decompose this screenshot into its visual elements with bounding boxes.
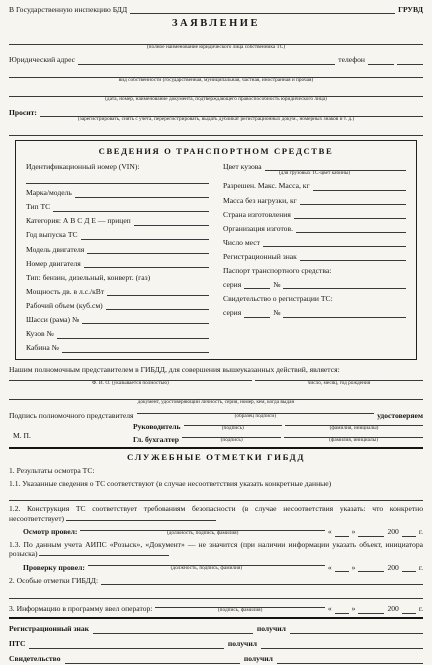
item-3-row: 3. Информацию в программу ввел оператор:… <box>9 604 423 613</box>
max-mass-fill <box>313 183 406 191</box>
vehicle-box-title: СВЕДЕНИЯ О ТРАНСПОРТНОМ СРЕДСТВЕ <box>26 146 406 157</box>
reg-plate-receipt-fill-1 <box>93 626 253 634</box>
head-sign-caption: (подпись) <box>184 426 283 432</box>
request-caption: (зарегистрировать, снять с учета, перере… <box>9 117 423 123</box>
engine-number-label: Номер двигателя <box>26 259 81 268</box>
item-1-2: 1.2. Конструкция ТС соответствует требов… <box>9 504 423 523</box>
address-label: Юридический адрес <box>9 55 75 64</box>
check-role-caption: (должность, подпись, фамилия) <box>88 566 325 572</box>
ownership-caption: вид собственности (государственная, муни… <box>9 78 423 84</box>
engine-number-row: Номер двигателя <box>26 259 209 268</box>
passport-series-fill <box>244 281 270 289</box>
item-3-date-open-quote: « <box>328 604 332 613</box>
fio-fillwrap: Ф. И. О. (указывается полностью) <box>9 380 252 387</box>
fuel-type-row: Тип: бензин, дизельный, конверт. (газ) <box>26 273 209 282</box>
item-1-3: 1.3. По данным учета АИПС «Розыск», «Док… <box>9 540 423 559</box>
stamp-place-label: М. П. <box>13 431 133 440</box>
recipient-fill-line <box>130 6 395 14</box>
certify-label: удостоверяем <box>377 411 423 420</box>
pts-receipt-label: ПТС <box>9 639 25 648</box>
cert-row: Свидетельство о регистрации ТС: <box>223 294 406 303</box>
fio-birth-row: Ф. И. О. (указывается полностью) число, … <box>9 380 423 387</box>
item-1-1: 1.1. Указанные сведения о ТС соответству… <box>9 479 423 488</box>
accountant-name-fillwrap: (фамилия, инициалы) <box>284 437 423 444</box>
cert-number-label: № <box>273 308 280 317</box>
check-date-month-fill <box>358 564 384 572</box>
legal-doc-caption: (дата, номер, наименование документа, по… <box>9 97 423 103</box>
check-date-year: 200 <box>387 563 398 572</box>
application-form-page: В Государственную инспекцию БДД ГРУВД ЗА… <box>0 0 432 665</box>
item-1: 1. Результаты осмотра ТС: <box>9 466 423 475</box>
owner-caption: (полное наименование юридического лица с… <box>9 45 423 51</box>
section-divider-bottom <box>9 617 423 619</box>
item-3-label: 3. Информацию в программу ввел оператор: <box>9 604 152 613</box>
check-date-day-fill <box>335 564 349 572</box>
cab-number-row: Кабина № <box>26 343 209 352</box>
birth-caption: число, месяц, год рождения <box>255 381 423 387</box>
item-2-fill <box>101 577 423 585</box>
signature-fillwrap: (образец подписи) <box>137 413 375 420</box>
inspect-row: Осмотр провел: (должность, подпись, фами… <box>23 527 423 536</box>
inspect-date-close-quote: » <box>352 527 356 536</box>
passport-number-label: № <box>273 280 280 289</box>
item-1-1-fill <box>9 493 423 501</box>
reg-plate-receipt-fill-2 <box>290 626 423 634</box>
reg-plate-row: Регистрационный знак <box>223 252 406 261</box>
item-2-extra-fill-row <box>9 591 423 599</box>
inspect-date-day-fill <box>335 529 349 537</box>
country-row: Страна изготовления <box>223 210 406 219</box>
reg-plate-receipt-label: Регистрационный знак <box>9 624 89 633</box>
check-date-year-suffix: г. <box>419 563 423 572</box>
representative-intro: Нашим полномочным представителем в ГИБДД… <box>9 365 423 374</box>
power-label: Мощность дв. в л.с./кВт <box>26 287 104 296</box>
make-model-fill <box>75 190 209 198</box>
accountant-sign-caption: (подпись) <box>182 438 281 444</box>
head-sign-fillwrap: (подпись) <box>184 425 283 432</box>
chassis-fill <box>82 316 209 324</box>
engine-model-label: Модель двигателя <box>26 245 84 254</box>
certificate-receipt-fill-2 <box>277 656 423 664</box>
inspect-label: Осмотр провел: <box>23 527 77 536</box>
phone-fill-2 <box>397 57 423 65</box>
item-2-extra-fill <box>9 591 423 599</box>
inspect-date-month-fill <box>358 529 384 537</box>
cab-number-label: Кабина № <box>26 343 59 352</box>
pts-receipt-fill-1 <box>29 641 223 649</box>
check-date-close-quote: » <box>352 563 356 572</box>
inspect-fillwrap: (должность, подпись, фамилия) <box>80 530 324 537</box>
item-2-label: 2. Особые отметки ГИБДД: <box>9 576 98 585</box>
power-row: Мощность дв. в л.с./кВт <box>26 287 209 296</box>
chassis-row: Шасси (рама) № <box>26 315 209 324</box>
identity-caption: документ, удостоверяющий личность, серия… <box>9 400 423 406</box>
accountant-label: Гл. бухгалтер <box>133 435 179 444</box>
year-label: Год выпуска ТС <box>26 230 78 239</box>
inspect-date-year-fill <box>402 529 416 537</box>
item-3-date-close-quote: » <box>352 604 356 613</box>
item-3-date-year-suffix: г. <box>419 604 423 613</box>
check-date-year-fill <box>402 564 416 572</box>
form-title: ЗАЯВЛЕНИЕ <box>9 17 423 30</box>
certificate-receipt-fill-1 <box>65 656 240 664</box>
item-3-date-month-fill <box>358 606 384 614</box>
vehicle-type-label: Тип ТС <box>26 202 50 211</box>
item-3-date-year-fill <box>402 606 416 614</box>
chassis-label: Шасси (рама) № <box>26 315 79 324</box>
reg-plate-receipt-row: Регистрационный знак получил <box>9 624 423 633</box>
birth-fillwrap: число, месяц, год рождения <box>255 380 423 387</box>
operator-caption: (подпись, фамилия) <box>155 608 324 614</box>
head-name-caption: (фамилия, инициалы) <box>285 426 423 432</box>
ownership-line: вид собственности (государственная, муни… <box>9 70 423 84</box>
body-number-row: Кузов № <box>26 329 209 338</box>
recipient-label: В Государственную инспекцию БДД <box>9 5 127 14</box>
inspect-date-open-quote: « <box>328 527 332 536</box>
empty-mass-fill <box>300 197 406 205</box>
manufacturer-fill <box>296 225 406 233</box>
address-fill-line <box>78 57 335 65</box>
item-3-date-day-fill <box>335 606 349 614</box>
item-2-row: 2. Особые отметки ГИБДД: <box>9 576 423 585</box>
manufacturer-row: Организация изготов. <box>223 224 406 233</box>
service-marks-title: СЛУЖЕБНЫЕ ОТМЕТКИ ГИБДД <box>9 452 423 463</box>
max-mass-row: Разрешен. Макс. Масса, кг <box>223 181 406 190</box>
officials-signature-block: М. П. Руководитель (подпись) (фамилия, и… <box>9 422 423 444</box>
color-label: Цвет кузова <box>223 162 262 171</box>
category-fill <box>134 218 209 226</box>
cert-series-label: серия <box>223 308 241 317</box>
reg-plate-fill <box>300 253 406 261</box>
category-row: Категория: А В С Д Е — прицеп <box>26 216 209 225</box>
identity-doc-line: документ, удостоверяющий личность, серия… <box>9 392 423 406</box>
cert-label: Свидетельство о регистрации ТС: <box>223 294 333 303</box>
vehicle-left-column: Идентификационный номер (VIN): Марка/мод… <box>26 162 209 353</box>
request-extra-fill-line <box>9 128 423 136</box>
make-model-label: Марка/модель <box>26 188 72 197</box>
phone-label: телефон <box>338 55 365 64</box>
vehicle-right-column: Цвет кузова (для грузовых ТС-цвет кабины… <box>223 162 406 353</box>
check-fillwrap: (должность, подпись, фамилия) <box>88 565 325 572</box>
cert-series-fill <box>244 310 270 318</box>
head-name-fillwrap: (фамилия, инициалы) <box>285 425 423 432</box>
passport-series-label: серия <box>223 280 241 289</box>
reg-plate-label: Регистрационный знак <box>223 252 297 261</box>
item-3-date-year: 200 <box>387 604 398 613</box>
accountant-name-caption: (фамилия, инициалы) <box>284 438 423 444</box>
vin-fill-row <box>26 176 209 184</box>
category-label: Категория: А В С Д Е — прицеп <box>26 216 131 225</box>
item-1-1-fill-row <box>9 493 423 501</box>
signature-caption: (образец подписи) <box>137 414 375 420</box>
section-divider-top <box>9 447 423 449</box>
displacement-fill <box>106 302 209 310</box>
passport-series-row: серия№ <box>223 280 406 289</box>
inspect-role-caption: (должность, подпись, фамилия) <box>80 531 324 537</box>
empty-mass-label: Масса без нагрузки, кг <box>223 196 297 205</box>
certificate-receipt-label: Свидетельство <box>9 654 61 663</box>
country-fill <box>294 211 406 219</box>
vehicle-type-fill <box>53 204 209 212</box>
phone-fill-1 <box>368 57 394 65</box>
fio-caption: Ф. И. О. (указывается полностью) <box>9 381 252 387</box>
displacement-label: Рабочий объем (куб.см) <box>26 301 103 310</box>
fuel-type-label: Тип: бензин, дизельный, конверт. (газ) <box>26 273 150 282</box>
cert-number-fill <box>283 310 406 318</box>
accountant-signature-row: Гл. бухгалтер (подпись) (фамилия, инициа… <box>133 435 423 444</box>
vin-label-row: Идентификационный номер (VIN): <box>26 162 209 171</box>
engine-number-fill <box>84 260 209 268</box>
seats-row: Число мест <box>223 238 406 247</box>
request-label: Просит: <box>9 108 37 117</box>
head-signature-row: Руководитель (подпись) (фамилия, инициал… <box>133 422 423 431</box>
body-number-label: Кузов № <box>26 329 54 338</box>
check-row: Проверку провел: (должность, подпись, фа… <box>23 563 423 572</box>
signature-label: Подпись полномочного представителя <box>9 411 134 420</box>
request-block: Просит: (зарегистрировать, снять с учета… <box>9 108 423 136</box>
passport-number-fill <box>283 281 406 289</box>
power-fill <box>107 288 209 296</box>
item-1-3-fill <box>39 549 169 556</box>
certificate-received-label: получил <box>244 654 273 663</box>
inspect-date-year: 200 <box>387 527 398 536</box>
country-label: Страна изготовления <box>223 210 291 219</box>
address-row: Юридический адрес телефон <box>9 55 423 64</box>
legal-doc-line: (дата, номер, наименование документа, по… <box>9 89 423 103</box>
vehicle-info-box: СВЕДЕНИЯ О ТРАНСПОРТНОМ СРЕДСТВЕ Идентиф… <box>15 140 417 360</box>
operator-fillwrap: (подпись, фамилия) <box>155 607 324 614</box>
gruvd-label: ГРУВД <box>398 5 423 14</box>
head-label: Руководитель <box>133 422 181 431</box>
check-label: Проверку провел: <box>23 563 85 572</box>
vin-label: Идентификационный номер (VIN): <box>26 162 139 171</box>
pts-receipt-row: ПТС получил <box>9 639 423 648</box>
vin-fill-line <box>26 176 209 184</box>
engine-model-row: Модель двигателя <box>26 245 209 254</box>
displacement-row: Рабочий объем (куб.см) <box>26 301 209 310</box>
max-mass-label: Разрешен. Макс. Масса, кг <box>223 181 310 190</box>
accountant-sign-fillwrap: (подпись) <box>182 437 281 444</box>
manufacturer-label: Организация изготов. <box>223 224 293 233</box>
form-header: В Государственную инспекцию БДД ГРУВД <box>9 5 423 14</box>
passport-row: Паспорт транспортного средства: <box>223 266 406 275</box>
check-date-open-quote: « <box>328 563 332 572</box>
cert-series-row: серия№ <box>223 308 406 317</box>
vehicle-type-row: Тип ТС <box>26 202 209 211</box>
make-model-row: Марка/модель <box>26 188 209 197</box>
owner-name-line: (полное наименование юридического лица с… <box>9 37 423 51</box>
body-number-fill <box>57 331 209 339</box>
passport-label: Паспорт транспортного средства: <box>223 266 331 275</box>
reg-plate-received-label: получил <box>257 624 286 633</box>
inspect-date-year-suffix: г. <box>419 527 423 536</box>
item-1-2-fill <box>66 514 216 521</box>
empty-mass-row: Масса без нагрузки, кг <box>223 196 406 205</box>
color-caption: (для грузовых ТС-цвет кабины) <box>223 171 406 177</box>
year-fill <box>81 232 209 240</box>
signature-row: Подпись полномочного представителя (обра… <box>9 411 423 420</box>
seats-label: Число мест <box>223 238 260 247</box>
pts-received-label: получил <box>228 639 257 648</box>
pts-receipt-fill-2 <box>261 641 423 649</box>
year-row: Год выпуска ТС <box>26 230 209 239</box>
seats-fill <box>263 239 406 247</box>
certificate-receipt-row: Свидетельство получил <box>9 654 423 663</box>
cab-number-fill <box>62 345 209 353</box>
engine-model-fill <box>87 246 209 254</box>
